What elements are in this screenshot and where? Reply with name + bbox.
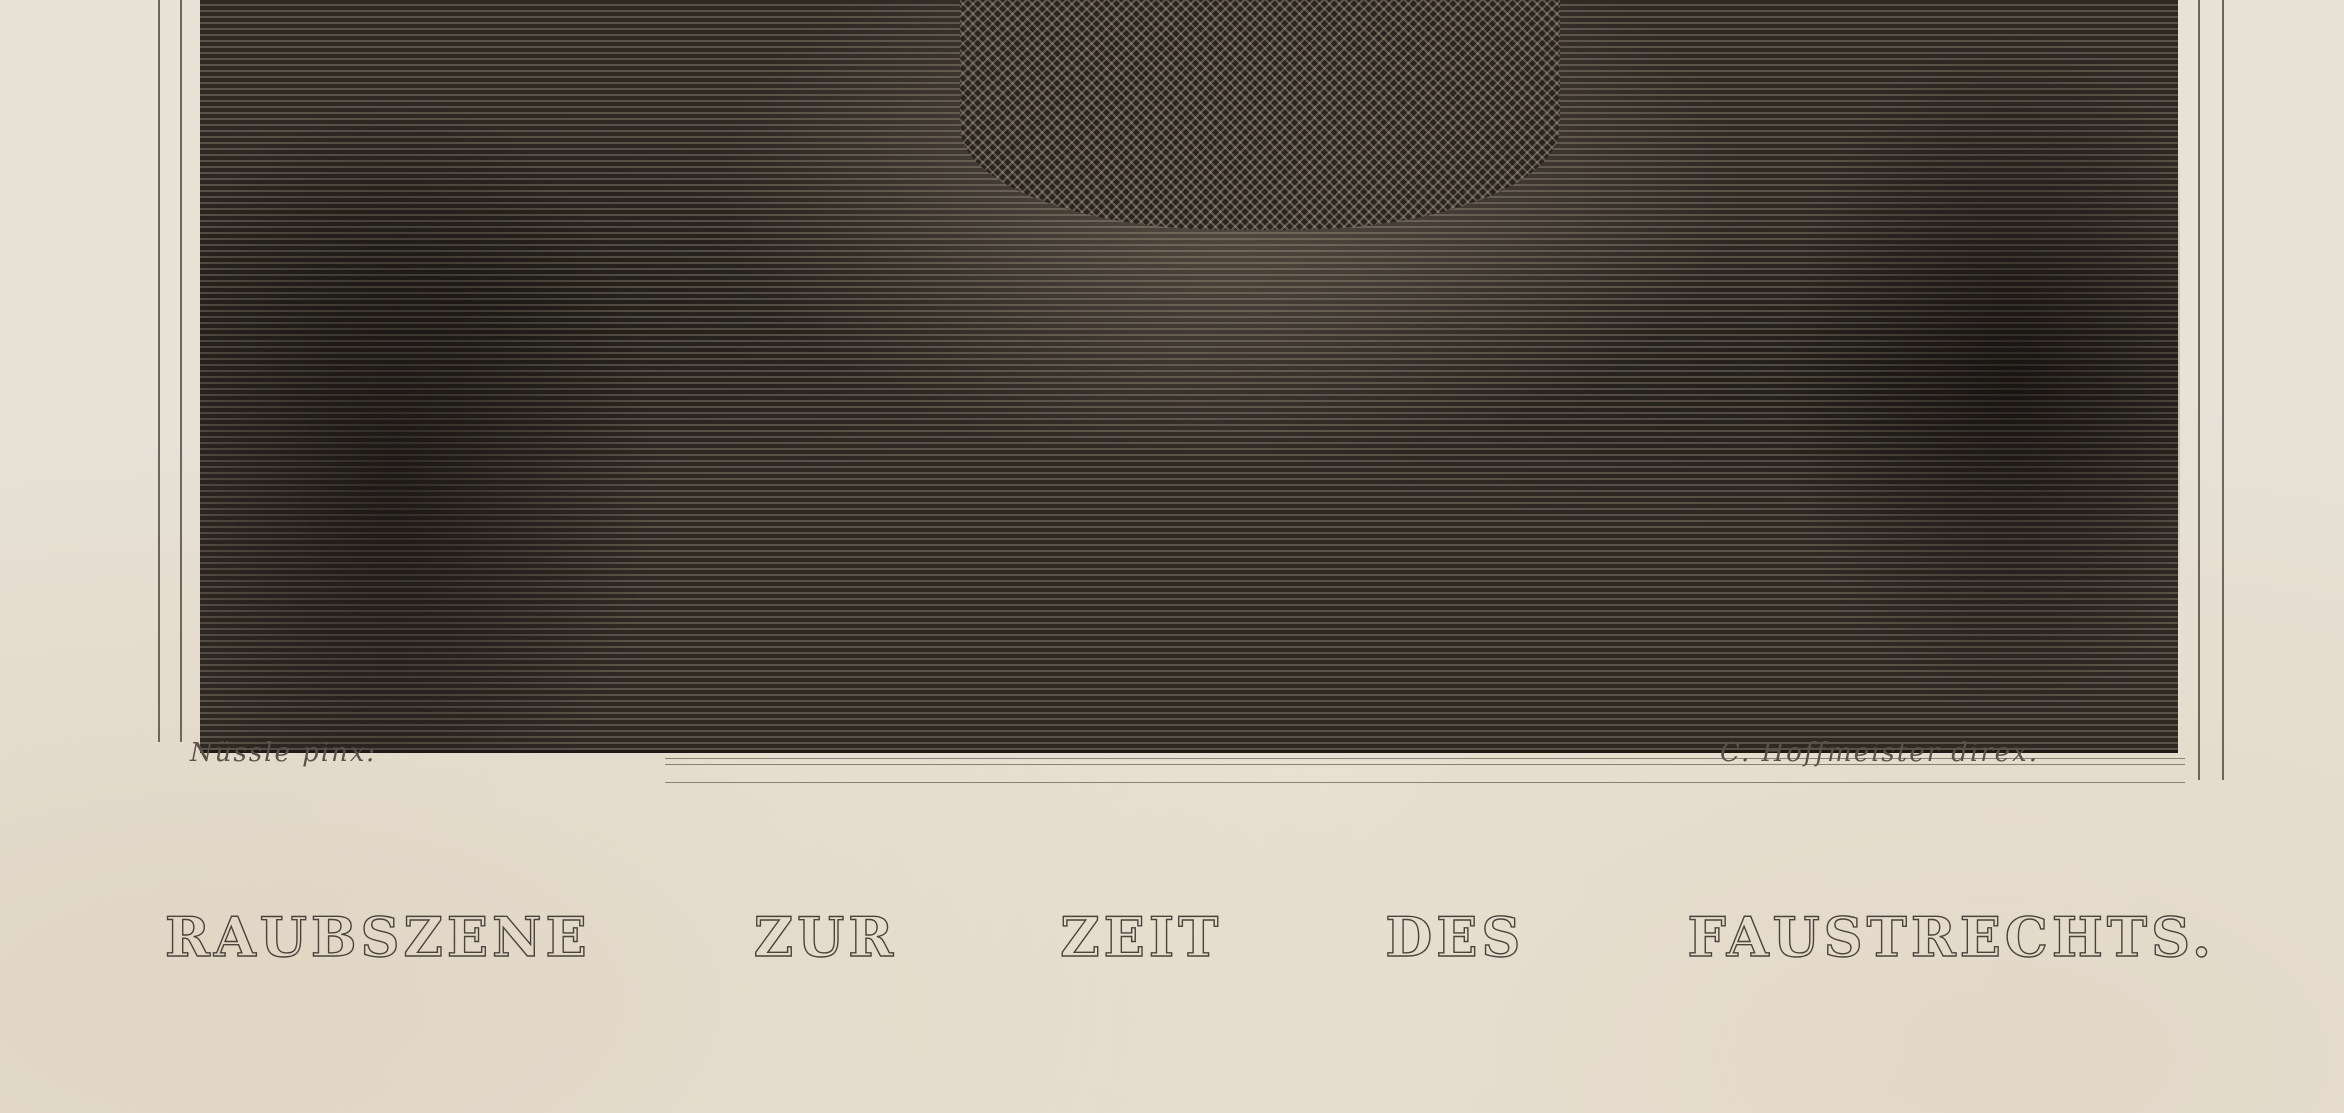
foliage-left — [200, 60, 680, 750]
engraver-credit: C. Hoffmeister direx. — [1720, 738, 2039, 768]
rule-bottom — [665, 782, 2185, 783]
title-word: RAUBSZENE — [165, 905, 591, 969]
title-word: DES — [1385, 905, 1524, 969]
title-word: ZUR — [754, 905, 897, 969]
frame-inner-left — [180, 0, 182, 742]
frame-outer-left — [158, 0, 160, 742]
painter-credit: Nüssle pinx: — [190, 738, 377, 768]
frame-outer-right — [2222, 0, 2224, 780]
title-word: FAUSTRECHTS. — [1688, 905, 2215, 969]
title-word: ZEIT — [1060, 905, 1222, 969]
plate-title: RAUBSZENE ZUR ZEIT DES FAUSTRECHTS. — [165, 905, 2215, 969]
kneeling-figure-drapery — [960, 0, 1560, 230]
foliage-right — [1760, 0, 2180, 750]
frame-inner-right — [2198, 0, 2200, 780]
